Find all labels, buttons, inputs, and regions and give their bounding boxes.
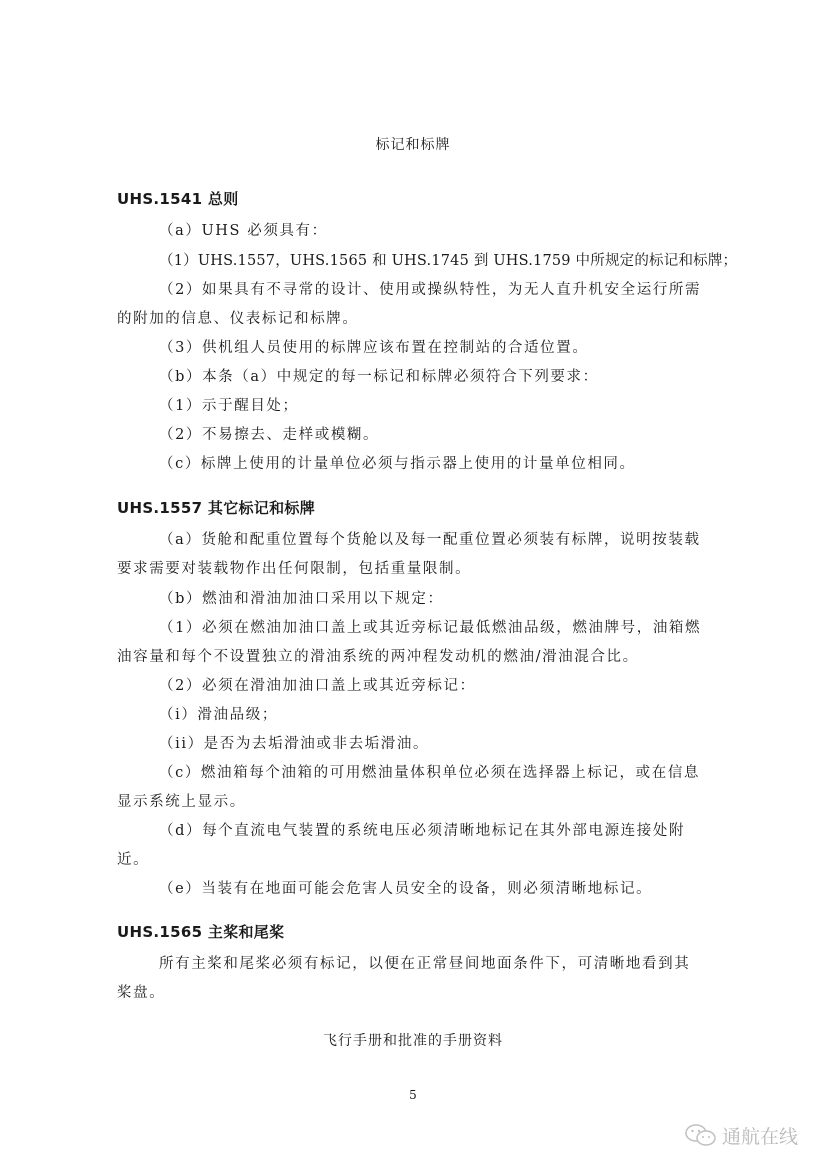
page-number: 5 (0, 1088, 826, 1102)
text-line: （1）示于醒目处； (159, 394, 299, 415)
text-line: （c）燃油箱每个油箱的可用燃油量体积单位必须在选择器上标记，或在信息 (159, 761, 700, 782)
text-line: （e）当装有在地面可能会危害人员安全的设备，则必须清晰地标记。 (159, 877, 652, 898)
section-heading-uhs1541: UHS.1541 总则 (117, 188, 239, 209)
section-heading-uhs1557: UHS.1557 其它标记和标牌 (117, 497, 315, 518)
text-line: （d）每个直流电气装置的系统电压必须清晰地标记在其外部电源连接处附 (159, 819, 685, 840)
text-line: （a）UHS 必须具有： (159, 219, 328, 240)
text-line: （ii）是否为去垢滑油或非去垢滑油。 (159, 732, 429, 753)
text-line: 显示系统上显示。 (117, 790, 246, 811)
text-line: （1）必须在燃油加油口盖上或其近旁标记最低燃油品级，燃油牌号，油箱燃 (159, 616, 701, 637)
text-line: 油容量和每个不设置独立的滑油系统的两冲程发动机的燃油/滑油混合比。 (117, 645, 639, 666)
wechat-icon (684, 1123, 718, 1149)
text-line: （3）供机组人员使用的标牌应该布置在控制站的合适位置。 (159, 336, 588, 357)
text-line: （2）必须在滑油加油口盖上或其近旁标记： (159, 674, 476, 695)
text-line: 所有主桨和尾桨必须有标记，以便在正常昼间地面条件下，可清晰地看到其 (159, 952, 690, 973)
text-line: 桨盘。 (117, 981, 165, 1002)
text-line: （1）UHS.1557，UHS.1565 和 UHS.1745 到 UHS.17… (159, 249, 737, 270)
text-line: （c）标牌上使用的计量单位必须与指示器上使用的计量单位相同。 (159, 452, 636, 473)
section-heading-uhs1565: UHS.1565 主桨和尾桨 (117, 921, 284, 942)
watermark: 通航在线 (684, 1122, 798, 1149)
text-line: 要求需要对装载物作出任何限制，包括重量限制。 (117, 557, 471, 578)
chapter-heading: 标记和标牌 (0, 134, 826, 154)
text-line: （a）货舱和配重位置每个货舱以及每一配重位置必须装有标牌，说明按装载 (159, 528, 701, 549)
text-line: （2）如果具有不寻常的设计、使用或操纵特性，为无人直升机安全运行所需 (159, 278, 701, 299)
text-line: （b）燃油和滑油加油口采用以下规定： (159, 587, 444, 608)
chapter-heading-flight-manual: 飞行手册和批准的手册资料 (0, 1030, 826, 1050)
text-line: （2）不易擦去、走样或模糊。 (159, 423, 379, 444)
text-line: 的附加的信息、仪表标记和标牌。 (117, 307, 359, 328)
text-line: （i）滑油品级； (159, 703, 278, 724)
text-line: 近。 (117, 848, 149, 869)
document-page: 标记和标牌 UHS.1541 总则 （a）UHS 必须具有： （1）UHS.15… (0, 0, 826, 1169)
watermark-text: 通航在线 (722, 1122, 798, 1149)
text-line: （b）本条（a）中规定的每一标记和标牌必须符合下列要求： (159, 365, 599, 386)
